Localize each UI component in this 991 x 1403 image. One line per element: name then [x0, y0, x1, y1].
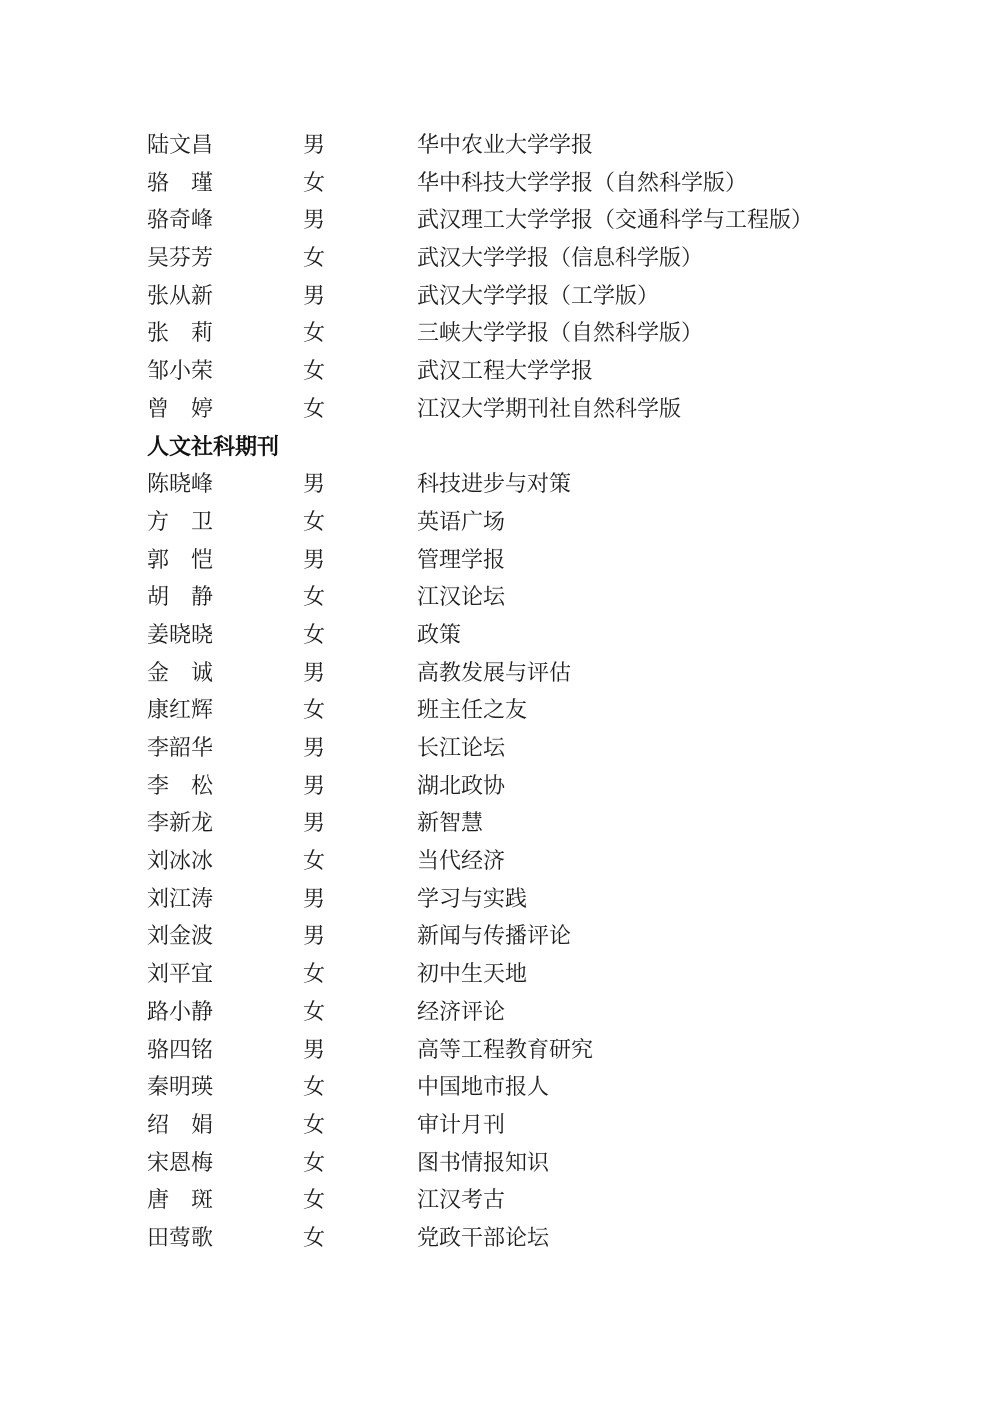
editor-name: 张从新 [147, 277, 303, 315]
journal-name: 高等工程教育研究 [417, 1031, 961, 1069]
editor-gender: 女 [303, 239, 417, 277]
editor-name: 田莺歌 [147, 1219, 303, 1257]
table-row: 陆文昌男华中农业大学学报 [147, 126, 961, 164]
editor-gender: 男 [303, 201, 417, 239]
editor-gender: 男 [303, 126, 417, 164]
journal-name: 学习与实践 [417, 880, 961, 918]
journal-name: 华中农业大学学报 [417, 126, 961, 164]
editor-name: 郭 恺 [147, 541, 303, 579]
journal-name: 英语广场 [417, 503, 961, 541]
editor-gender: 女 [303, 1068, 417, 1106]
table-row: 陈晓峰男科技进步与对策 [147, 465, 961, 503]
table-row: 宋恩梅女图书情报知识 [147, 1144, 961, 1182]
editor-gender: 女 [303, 578, 417, 616]
editor-name: 骆奇峰 [147, 201, 303, 239]
table-row: 胡 静女江汉论坛 [147, 578, 961, 616]
table-row: 秦明瑛女中国地市报人 [147, 1068, 961, 1106]
editor-name: 刘平宜 [147, 955, 303, 993]
journal-name: 党政干部论坛 [417, 1219, 961, 1257]
editor-name: 唐 斑 [147, 1181, 303, 1219]
table-row: 曾 婷女江汉大学期刊社自然科学版 [147, 390, 961, 428]
table-row: 邹小荣女武汉工程大学学报 [147, 352, 961, 390]
table-row: 郭 恺男管理学报 [147, 541, 961, 579]
journal-name: 武汉理工大学学报（交通科学与工程版） [417, 201, 961, 239]
editor-gender: 女 [303, 390, 417, 428]
editor-name: 李新龙 [147, 804, 303, 842]
table-row: 绍 娟女审计月刊 [147, 1106, 961, 1144]
editor-name: 刘江涛 [147, 880, 303, 918]
editor-name: 骆 瑾 [147, 164, 303, 202]
table-row: 李韶华男长江论坛 [147, 729, 961, 767]
journal-name: 武汉大学学报（信息科学版） [417, 239, 961, 277]
editor-gender: 女 [303, 1181, 417, 1219]
editor-name: 路小静 [147, 993, 303, 1031]
journal-name: 审计月刊 [417, 1106, 961, 1144]
journal-name: 江汉大学期刊社自然科学版 [417, 390, 961, 428]
table-row: 姜晓晓女政策 [147, 616, 961, 654]
editor-gender: 男 [303, 880, 417, 918]
editor-gender: 男 [303, 767, 417, 805]
journal-name: 政策 [417, 616, 961, 654]
table-row: 张从新男武汉大学学报（工学版） [147, 277, 961, 315]
journal-name: 武汉大学学报（工学版） [417, 277, 961, 315]
table-row: 张 莉女三峡大学学报（自然科学版） [147, 314, 961, 352]
journal-name: 经济评论 [417, 993, 961, 1031]
table-row: 骆四铭男高等工程教育研究 [147, 1031, 961, 1069]
editor-gender: 男 [303, 654, 417, 692]
editor-name: 绍 娟 [147, 1106, 303, 1144]
editor-name: 陆文昌 [147, 126, 303, 164]
editor-name: 李 松 [147, 767, 303, 805]
journal-name: 高教发展与评估 [417, 654, 961, 692]
editor-name: 方 卫 [147, 503, 303, 541]
editor-gender: 女 [303, 1144, 417, 1182]
editor-name: 康红辉 [147, 691, 303, 729]
editor-gender: 男 [303, 277, 417, 315]
table-row: 骆 瑾女华中科技大学学报（自然科学版） [147, 164, 961, 202]
editor-name: 姜晓晓 [147, 616, 303, 654]
journal-name: 当代经济 [417, 842, 961, 880]
table-row: 刘金波男新闻与传播评论 [147, 917, 961, 955]
journal-name: 管理学报 [417, 541, 961, 579]
journal-name: 三峡大学学报（自然科学版） [417, 314, 961, 352]
table-row: 李 松男湖北政协 [147, 767, 961, 805]
editor-name: 刘金波 [147, 917, 303, 955]
editor-journal-list: 陆文昌男华中农业大学学报骆 瑾女华中科技大学学报（自然科学版）骆奇峰男武汉理工大… [147, 126, 961, 1257]
table-row: 方 卫女英语广场 [147, 503, 961, 541]
table-row: 田莺歌女党政干部论坛 [147, 1219, 961, 1257]
editor-gender: 女 [303, 352, 417, 390]
editor-name: 邹小荣 [147, 352, 303, 390]
editor-gender: 女 [303, 1106, 417, 1144]
journal-name: 图书情报知识 [417, 1144, 961, 1182]
editor-gender: 女 [303, 955, 417, 993]
editor-gender: 女 [303, 503, 417, 541]
journal-name: 班主任之友 [417, 691, 961, 729]
table-row: 康红辉女班主任之友 [147, 691, 961, 729]
editor-name: 秦明瑛 [147, 1068, 303, 1106]
journal-name: 中国地市报人 [417, 1068, 961, 1106]
editor-name: 胡 静 [147, 578, 303, 616]
journal-name: 江汉论坛 [417, 578, 961, 616]
journal-name: 华中科技大学学报（自然科学版） [417, 164, 961, 202]
editor-name: 吴芬芳 [147, 239, 303, 277]
editor-gender: 女 [303, 842, 417, 880]
journal-name: 初中生天地 [417, 955, 961, 993]
journal-name: 新智慧 [417, 804, 961, 842]
editor-name: 曾 婷 [147, 390, 303, 428]
editor-gender: 男 [303, 1031, 417, 1069]
editor-gender: 男 [303, 541, 417, 579]
table-row: 金 诚男高教发展与评估 [147, 654, 961, 692]
journal-name: 湖北政协 [417, 767, 961, 805]
editor-gender: 男 [303, 804, 417, 842]
document-page: 陆文昌男华中农业大学学报骆 瑾女华中科技大学学报（自然科学版）骆奇峰男武汉理工大… [0, 0, 991, 1403]
editor-name: 张 莉 [147, 314, 303, 352]
editor-gender: 男 [303, 729, 417, 767]
editor-name: 陈晓峰 [147, 465, 303, 503]
table-row: 骆奇峰男武汉理工大学学报（交通科学与工程版） [147, 201, 961, 239]
table-row: 刘冰冰女当代经济 [147, 842, 961, 880]
editor-gender: 男 [303, 465, 417, 503]
journal-name: 长江论坛 [417, 729, 961, 767]
editor-gender: 女 [303, 616, 417, 654]
table-row: 刘平宜女初中生天地 [147, 955, 961, 993]
editor-name: 李韶华 [147, 729, 303, 767]
editor-name: 骆四铭 [147, 1031, 303, 1069]
editor-name: 宋恩梅 [147, 1144, 303, 1182]
table-row: 唐 斑女江汉考古 [147, 1181, 961, 1219]
table-row: 路小静女经济评论 [147, 993, 961, 1031]
journal-name: 科技进步与对策 [417, 465, 961, 503]
table-row: 刘江涛男学习与实践 [147, 880, 961, 918]
editor-gender: 女 [303, 691, 417, 729]
editor-name: 刘冰冰 [147, 842, 303, 880]
journal-name: 新闻与传播评论 [417, 917, 961, 955]
editor-gender: 女 [303, 314, 417, 352]
section-heading: 人文社科期刊 [147, 428, 961, 466]
editor-name: 金 诚 [147, 654, 303, 692]
editor-gender: 女 [303, 164, 417, 202]
table-row: 吴芬芳女武汉大学学报（信息科学版） [147, 239, 961, 277]
journal-name: 武汉工程大学学报 [417, 352, 961, 390]
editor-gender: 男 [303, 917, 417, 955]
journal-name: 江汉考古 [417, 1181, 961, 1219]
editor-gender: 女 [303, 993, 417, 1031]
editor-gender: 女 [303, 1219, 417, 1257]
table-row: 李新龙男新智慧 [147, 804, 961, 842]
